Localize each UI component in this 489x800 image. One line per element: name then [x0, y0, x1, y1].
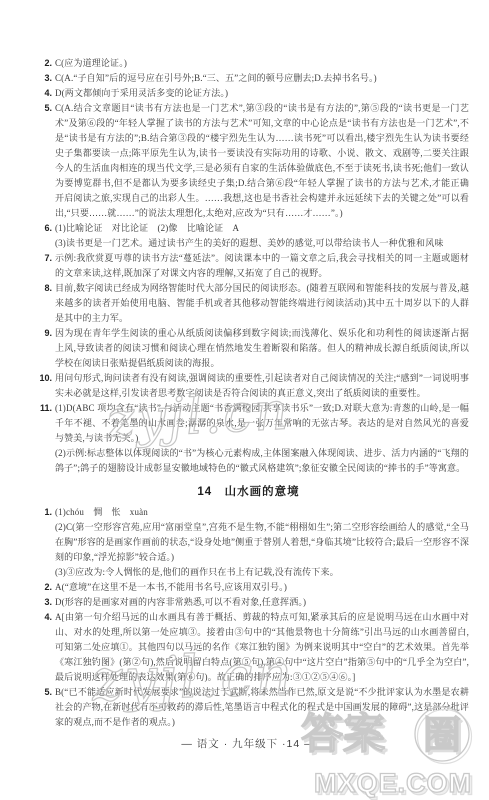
answer-item: 4.A[由第一句介绍马远的山水画具有善于概括、剪裁的特点可知,紧承其后的应是说明…: [28, 610, 469, 685]
page-content: 2.C(应为道理论证。)3.C(A.“子自知”后的逗号应在引号外;B.“三、五”…: [0, 0, 489, 751]
answer-item: 6.(1)比喻论证 对比论证 (2)像 比喻论证 A: [28, 221, 469, 236]
item-text: C(A.“子自知”后的逗号应在引号外;B.“三、五”之间的顿号应删去;D.去掉书…: [55, 71, 469, 86]
item-text: (2)C(第一空形容宫苑,应用“富丽堂皇”,宫苑不是生物,不能“栩栩如生”;第二…: [55, 520, 469, 565]
item-number: 7.: [28, 251, 55, 281]
item-number: 5.: [28, 101, 55, 221]
item-text: (1)D(ABC 项均含有“读书”,与活动主题“书香满校园,共享读书乐”一致;D…: [55, 401, 469, 446]
item-number: 3.: [28, 595, 55, 610]
item-number: [28, 446, 55, 476]
item-text: C(应为道理论证。): [55, 56, 469, 71]
item-number: 3.: [28, 71, 55, 86]
item-text: 因为现在青年学生阅读的重心从纸质阅读偏移到数字阅读;而浅薄化、娱乐化和功利性的阅…: [55, 326, 469, 371]
item-text: 目前,数字阅读已经成为网络智能时代大部分国民的阅读形态。(随着互联网和智能科技的…: [55, 281, 469, 326]
item-text: C(A.结合文章题目“读书有方法也是一门艺术”,第③段的“读书是有方法的”,第⑤…: [55, 101, 469, 221]
item-number: 11.: [28, 401, 55, 446]
item-text: (1)chóu 惆 怅 xuàn: [55, 505, 469, 520]
item-text: D(形容的是画家对画的内容非常熟悉,可以不看对象,任意挥洒。): [55, 595, 469, 610]
page-footer: — 语文 · 九年级下 ·14 —: [28, 736, 469, 751]
item-text: (3)③应改为:令人惆怅的是,他们的画作只在书上有记载,没有流传下来。: [55, 565, 469, 580]
item-number: 5.: [28, 685, 55, 730]
answer-item: 9.因为现在青年学生阅读的重心从纸质阅读偏移到数字阅读;而浅薄化、娱乐化和功利性…: [28, 326, 469, 371]
answer-item: (2)示例:标志整体以体现阅读的“书”为核心元素构成,主体图案融入体现阅读、进步…: [28, 446, 469, 476]
answer-item: (3)读书更是一门艺术。通过读书产生的美好的遐想、美妙的感觉,可以带给读书人一种…: [28, 236, 469, 251]
item-number: 8.: [28, 281, 55, 326]
answer-item: 10.用问句形式,询问读者有没有阅读,强调阅读的重要性,引起读者对自己阅读情况的…: [28, 371, 469, 401]
item-number: 4.: [28, 86, 55, 101]
answer-item: 11.(1)D(ABC 项均含有“读书”,与活动主题“书香满校园,共享读书乐”一…: [28, 401, 469, 446]
answer-item: (3)③应改为:令人惆怅的是,他们的画作只在书上有记载,没有流传下来。: [28, 565, 469, 580]
logo-site-label: MXQE.COM: [314, 768, 472, 798]
answer-item: 2.A(“意境”在这里不是一本书,不能用书名号,应该用双引号。): [28, 580, 469, 595]
item-text: D(两文都倾向于采用灵活多变的论证方法。): [55, 86, 469, 101]
answer-sheet-page: { "lesson13_items": [ {"num": "2.", "tex…: [0, 0, 489, 800]
item-text: (3)读书更是一门艺术。通过读书产生的美好的遐想、美妙的感觉,可以带给读书人一种…: [55, 236, 469, 251]
answer-item: 5.B(“已不能适应新时代发展要求”的说法过于武断,将未然当作已然,原文是说“不…: [28, 685, 469, 730]
answer-item: 7.示例:我欣赏夏丏尊的读书方法“蔓延法”。阅读课本中的一篇文章之后,我会寻找相…: [28, 251, 469, 281]
item-number: 9.: [28, 326, 55, 371]
answer-item: 5.C(A.结合文章题目“读书有方法也是一门艺术”,第③段的“读书是有方法的”,…: [28, 101, 469, 221]
item-text: 用问句形式,询问读者有没有阅读,强调阅读的重要性,引起读者对自己阅读情况的关注;…: [55, 371, 469, 401]
section-title: 14 山水画的意境: [28, 483, 469, 499]
item-number: 2.: [28, 580, 55, 595]
item-text: (1)比喻论证 对比论证 (2)像 比喻论证 A: [55, 221, 469, 236]
answer-item: 2.C(应为道理论证。): [28, 56, 469, 71]
answer-item: 4.D(两文都倾向于采用灵活多变的论证方法。): [28, 86, 469, 101]
item-number: [28, 520, 55, 565]
logo-site-shadow: MXQE.COM: [316, 771, 474, 800]
answer-item: 3.C(A.“子自知”后的逗号应在引号外;B.“三、五”之间的顿号应删去;D.去…: [28, 71, 469, 86]
item-number: 10.: [28, 371, 55, 401]
answer-item: 8.目前,数字阅读已经成为网络智能时代大部分国民的阅读形态。(随着互联网和智能科…: [28, 281, 469, 326]
item-text: 示例:我欣赏夏丏尊的读书方法“蔓延法”。阅读课本中的一篇文章之后,我会寻找相关的…: [55, 251, 469, 281]
item-number: 1.: [28, 505, 55, 520]
item-number: [28, 236, 55, 251]
item-number: 6.: [28, 221, 55, 236]
answer-item: (2)C(第一空形容宫苑,应用“富丽堂皇”,宫苑不是生物,不能“栩栩如生”;第二…: [28, 520, 469, 565]
item-text: A(“意境”在这里不是一本书,不能用书名号,应该用双引号。): [55, 580, 469, 595]
item-text: A[由第一句介绍马远的山水画具有善于概括、剪裁的特点可知,紧承其后的应是说明马远…: [55, 610, 469, 685]
item-text: B(“已不能适应新时代发展要求”的说法过于武断,将未然当作已然,原文是说“不少批…: [55, 685, 469, 730]
item-text: (2)示例:标志整体以体现阅读的“书”为核心元素构成,主体图案融入体现阅读、进步…: [55, 446, 469, 476]
item-number: [28, 565, 55, 580]
lesson13-answer-list: 2.C(应为道理论证。)3.C(A.“子自知”后的逗号应在引号外;B.“三、五”…: [28, 56, 469, 476]
answer-item: 3.D(形容的是画家对画的内容非常熟悉,可以不看对象,任意挥洒。): [28, 595, 469, 610]
answer-item: 1.(1)chóu 惆 怅 xuàn: [28, 505, 469, 520]
item-number: 4.: [28, 610, 55, 685]
lesson14-answer-list: 1.(1)chóu 惆 怅 xuàn(2)C(第一空形容宫苑,应用“富丽堂皇”,…: [28, 505, 469, 730]
item-number: 2.: [28, 56, 55, 71]
